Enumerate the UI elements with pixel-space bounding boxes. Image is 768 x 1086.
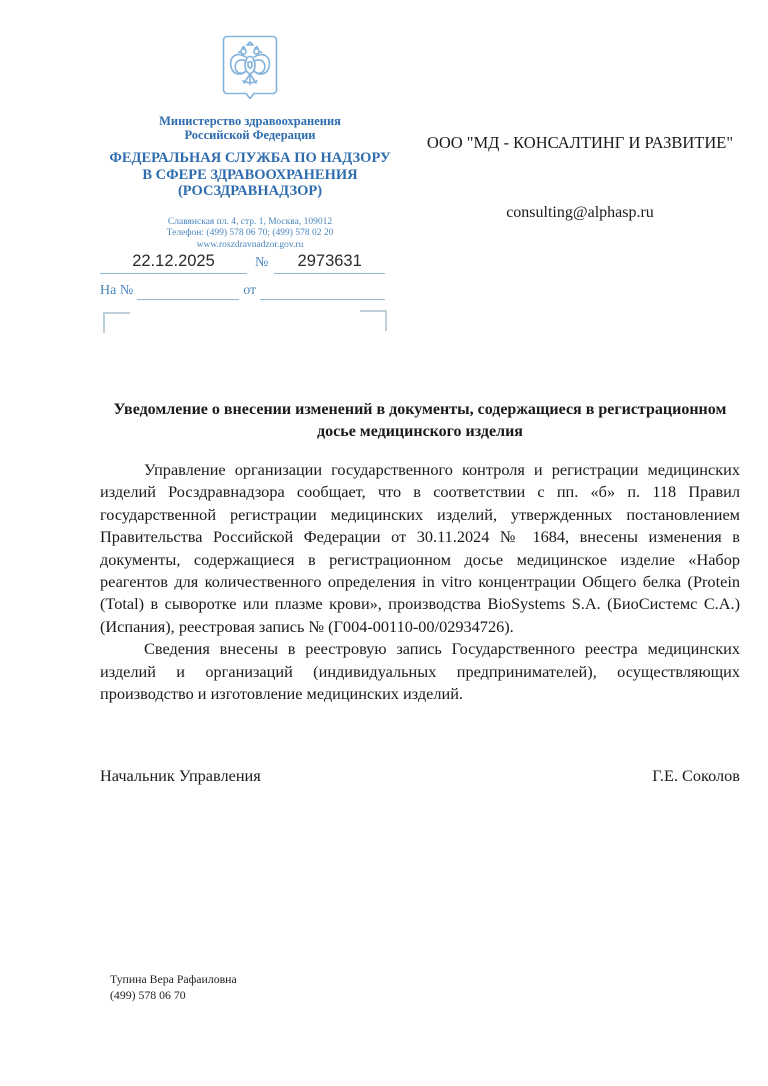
letterhead: Министерство здравоохранения Российской … [100,35,400,251]
executor-contact: Тупина Вера Рафаиловна (499) 578 06 70 [110,971,237,1003]
letterhead-website: www.roszdravnadzor.gov.ru [100,240,400,252]
body-paragraph-1: Управление организации государственного … [100,459,740,638]
signer-name: Г.Е. Соколов [652,766,740,786]
letterhead-address: Славянская пл. 4, стр. 1, Москва, 109012 [100,217,400,229]
recipient-block: ООО "МД - КОНСАЛТИНГ И РАЗВИТИЕ" consult… [420,132,740,224]
executor-phone: (499) 578 06 70 [110,987,237,1003]
outgoing-number: 2973631 [274,252,385,274]
recipient-name: ООО "МД - КОНСАЛТИНГ И РАЗВИТИЕ" [420,132,740,154]
document-page: Министерство здравоохранения Российской … [0,0,768,1086]
reply-from-label: от [239,283,260,300]
service-name-line3: (РОСЗДРАВНАДЗОР) [100,183,400,200]
number-sign: № [247,255,274,274]
service-name-line2: В СФЕРЕ ЗДРАВООХРАНЕНИЯ [100,167,400,184]
document-title: Уведомление о внесении изменений в докум… [100,399,740,442]
signer-position: Начальник Управления [100,766,261,786]
executor-name: Тупина Вера Рафаиловна [110,971,237,987]
body-paragraph-2: Сведения внесены в реестровую запись Гос… [100,638,740,705]
ministry-name-line1: Министерство здравоохранения [100,114,400,128]
reply-reference-row: На № от [100,283,385,300]
addressee-corner-mark-right [360,310,387,331]
reply-date-blank [260,284,385,300]
document-body: Управление организации государственного … [100,459,740,705]
reply-number-blank [137,284,239,300]
ministry-name-line2: Российской Федерации [100,128,400,142]
outgoing-date: 22.12.2025 [100,252,247,274]
service-name-line1: ФЕДЕРАЛЬНАЯ СЛУЖБА ПО НАДЗОРУ [100,150,400,167]
letterhead-phone: Телефон: (499) 578 06 70; (499) 578 02 2… [100,228,400,240]
recipient-email: consulting@alphasp.ru [420,202,740,224]
signature-row: Начальник Управления Г.Е. Соколов [100,766,740,786]
addressee-corner-mark-left [103,312,130,333]
reply-number-label: На № [100,283,137,300]
coat-of-arms-icon [222,35,278,106]
reference-row: 22.12.2025 № 2973631 [100,252,385,274]
